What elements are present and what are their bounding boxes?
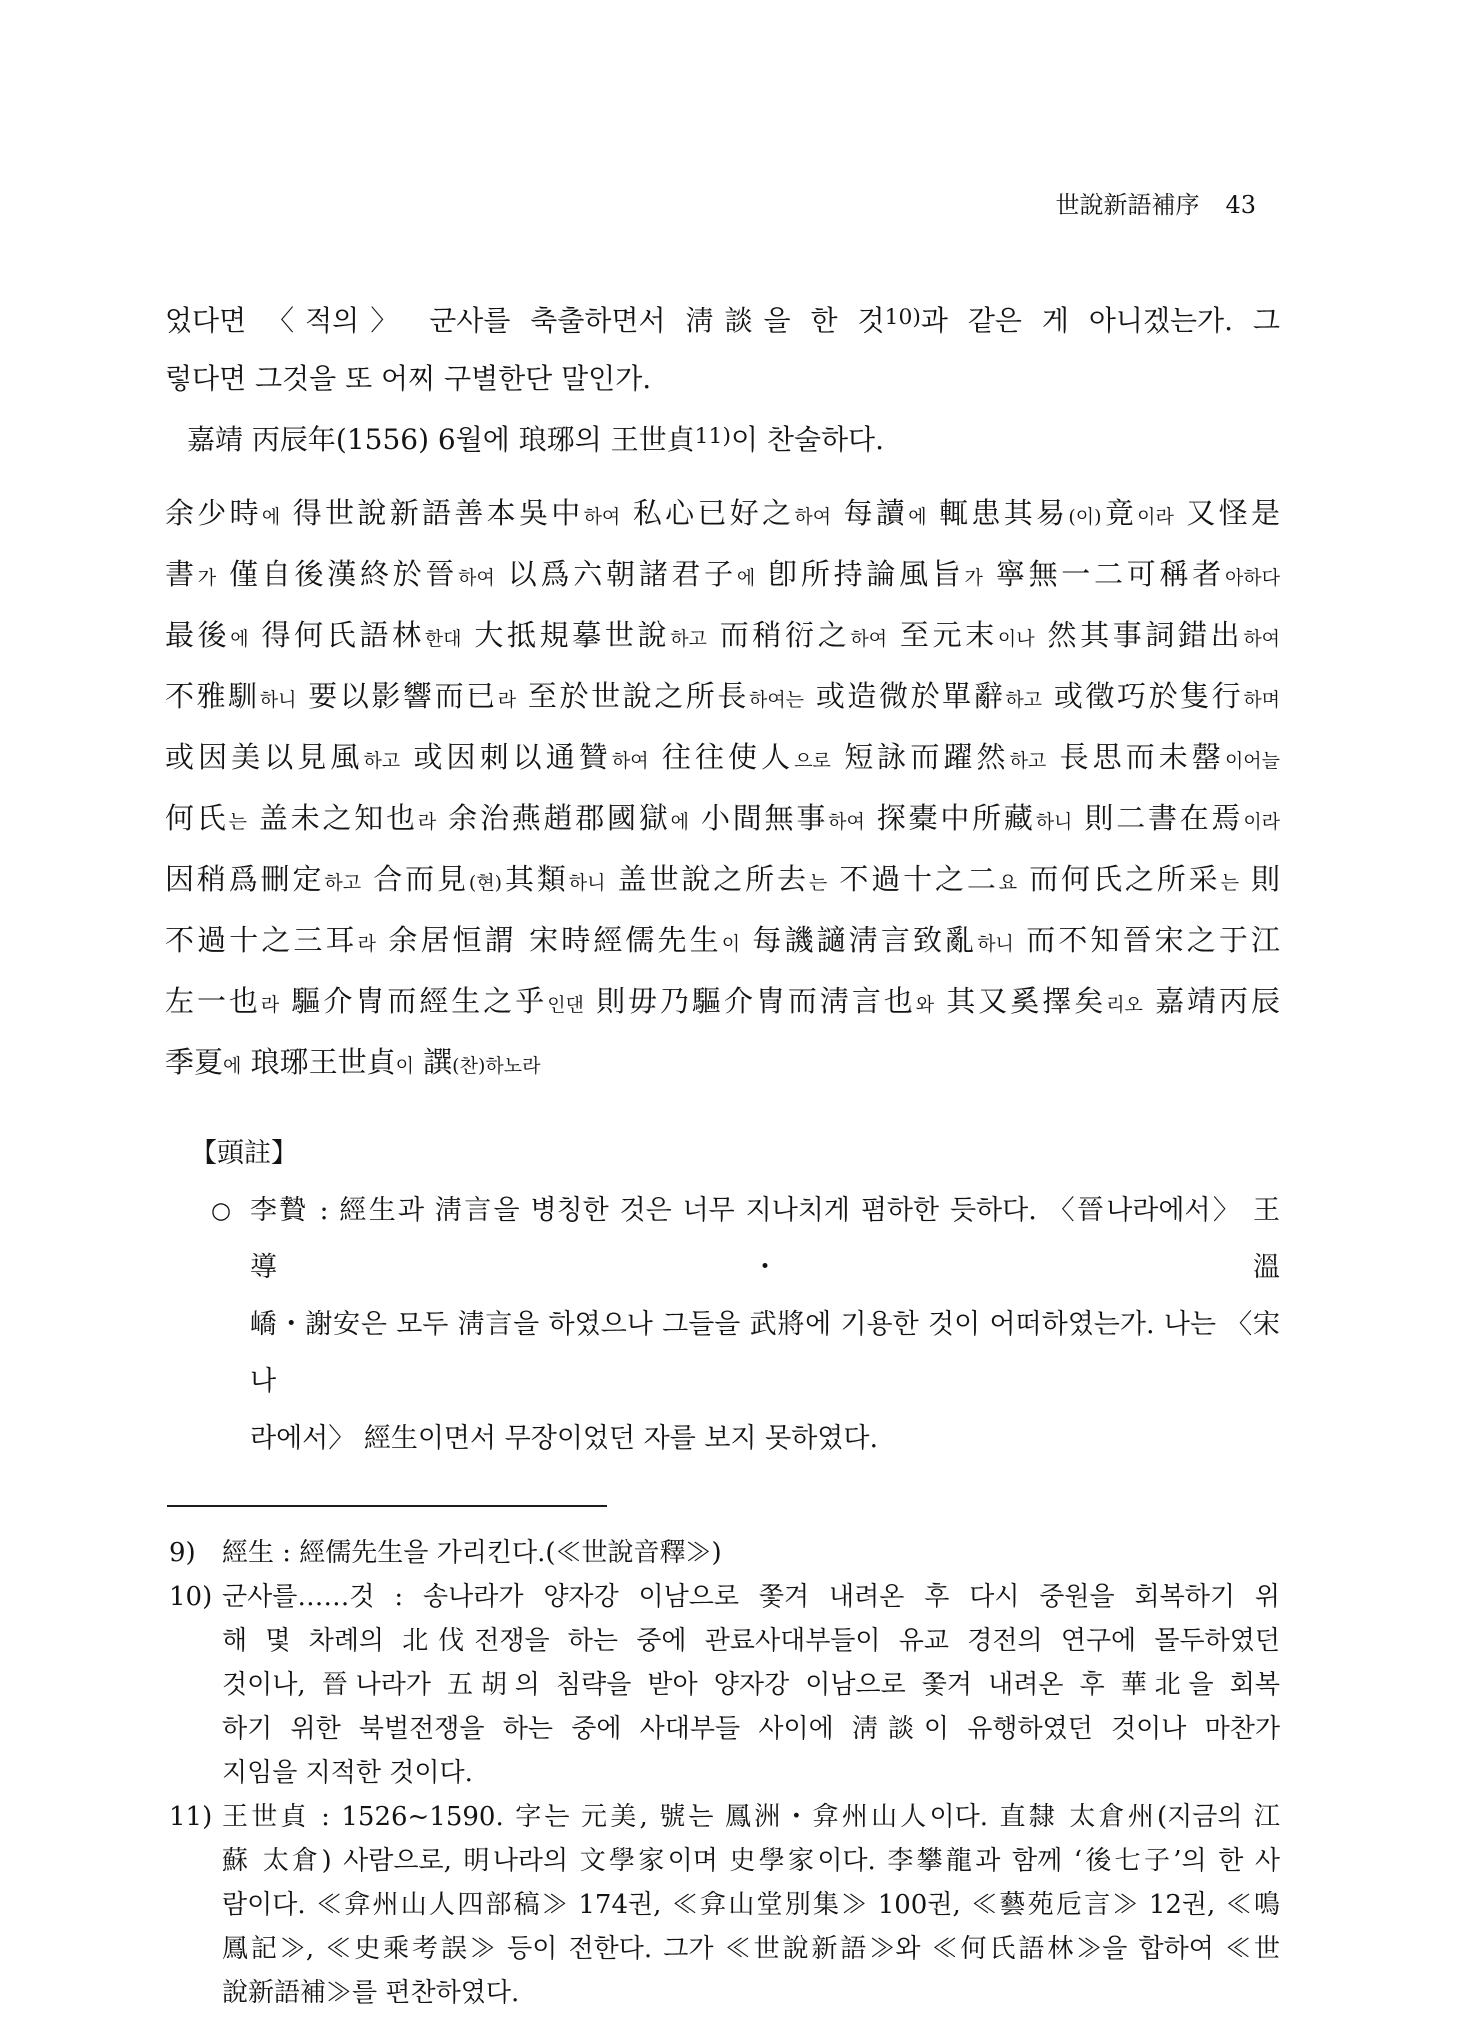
text-run: 盖未之知也 xyxy=(247,801,418,835)
text-line: 最後에 得何氏語林한대 大抵規摹世說하고 而稍衍之하여 至元末이나 然其事詞錯出… xyxy=(165,607,1280,668)
text-run: 又怪是 xyxy=(1174,496,1280,530)
text-run: 探橐中所藏 xyxy=(865,801,1036,835)
text-run: 因稍爲刪定 xyxy=(165,862,324,896)
headnote-body: 李贄 : 經生과 淸言을 병칭한 것은 너무 지나치게 폄하한 듯하다. 〈晉나… xyxy=(250,1182,1280,1467)
reading-particle: 아하다 xyxy=(1225,567,1280,589)
footnote-separator-rule xyxy=(167,1505,607,1507)
text-run: 李贄 : 經生과 淸言을 병칭한 것은 너무 지나치게 폄하한 듯하다. 〈晉나… xyxy=(250,1195,1280,1283)
reading-particle: 하여는 xyxy=(749,689,804,711)
text-run: 盖世說之所去 xyxy=(605,862,808,896)
text-run: 以爲六朝諸君子 xyxy=(495,557,737,591)
text-line: 季夏에 琅琊王世貞이 譔(찬)하노라 xyxy=(165,1034,1280,1095)
footnote-line: 군사를……것 : 송나라가 양자강 이남으로 쫓겨 내려온 후 다시 중원을 회… xyxy=(222,1575,1280,1619)
text-run: 得世說新語善本吳中 xyxy=(280,496,583,530)
text-run: 然其事詞錯出 xyxy=(1035,618,1244,652)
footnote-number: 9) xyxy=(169,1531,196,1575)
text-run: 每譏讁淸言致亂 xyxy=(740,923,977,957)
reading-particle: 이어늘 xyxy=(1225,750,1280,772)
text-run: 余少時 xyxy=(165,496,262,530)
footnote-ref: 10) xyxy=(885,305,921,330)
footnote-line: 王世貞 : 1526~1590. 字는 元美, 號는 鳳洲・弇州山人이다. 直隸… xyxy=(222,1795,1280,1839)
footnote-ref: 11) xyxy=(695,424,731,449)
text-run: 則二書在焉 xyxy=(1072,801,1243,835)
text-line: 或因美以見風하고 或因刺以通贊하여 往往使人으로 短詠而躍然하고 長思而未罄이어… xyxy=(165,729,1280,790)
reading-particle: 하고 xyxy=(1010,750,1047,772)
footnote-line: 지임을 지적한 것이다. xyxy=(222,1751,1280,1795)
text-run: 而不知晉宋之于江 xyxy=(1014,923,1280,957)
text-run: 嘉靖丙辰 xyxy=(1143,984,1280,1018)
text-run: 私心已好之 xyxy=(620,496,794,530)
footnote-line: 鳳記≫, ≪史乘考誤≫ 등이 전한다. 그가 ≪世說新語≫와 ≪何氏語林≫을 합… xyxy=(222,1927,1280,1971)
text-run: 小間無事 xyxy=(689,801,828,835)
page-number: 43 xyxy=(1225,191,1256,219)
headnote-title: 【頭註】 xyxy=(190,1125,1280,1182)
reading-particle: 하여 xyxy=(850,628,887,650)
reading-particle: 하며 xyxy=(1243,689,1280,711)
text-run: 驅介冑而經生之乎 xyxy=(279,984,547,1018)
reading-particle: 에 xyxy=(230,628,248,650)
reading-particle: 라 xyxy=(358,933,376,955)
text-run: 或因刺以通贊 xyxy=(400,740,612,774)
text-run: 竟 xyxy=(1102,496,1138,530)
headnote-section: 【頭註】 ○ 李贄 : 經生과 淸言을 병칭한 것은 너무 지나치게 폄하한 듯… xyxy=(165,1125,1280,1467)
footnote-line: 람이다. ≪弇州山人四部稿≫ 174권, ≪弇山堂別集≫ 100권, ≪藝苑卮言… xyxy=(222,1883,1280,1927)
reading-particle: 는 xyxy=(1221,872,1239,894)
footnote-line: 蘇 太倉) 사람으로, 明나라의 文學家이며 史學家이다. 李攀龍과 함께 ‘後… xyxy=(222,1839,1280,1883)
text-run: 嶠・謝安은 모두 淸言을 하였으나 그들을 武將에 기용한 것이 어떠하였는가.… xyxy=(250,1309,1280,1397)
text-line: 書가 僅自後漢終於晉하여 以爲六朝諸君子에 卽所持論風旨가 寧無一二可稱者아하다 xyxy=(165,546,1280,607)
footnote-number: 11) xyxy=(169,1795,212,1839)
text-run: 最後 xyxy=(165,618,230,652)
reading-particle: 하여 xyxy=(458,567,495,589)
text-run: 琅琊王世貞 xyxy=(241,1045,395,1079)
text-run: 書 xyxy=(165,557,198,591)
reading-particle: 에 xyxy=(223,1055,241,1077)
reading-particle: 하여 xyxy=(828,811,865,833)
reading-particle: 하고 xyxy=(670,628,707,650)
text-run: 라에서〉 經生이면서 무장이었던 자를 보지 못하였다. xyxy=(250,1423,878,1454)
text-line: 不過十之三耳라 余居恒謂 宋時經儒先生이 每譏讁淸言致亂하니 而不知晉宋之于江 xyxy=(165,912,1280,973)
reading-particle: 하고 xyxy=(324,872,361,894)
text-line: 不雅馴하니 要以影響而已라 至於世說之所長하여는 或造微於單辭하고 或徵巧於隻行… xyxy=(165,668,1280,729)
text-run: 每讀 xyxy=(831,496,908,530)
reading-particle: 라 xyxy=(261,994,279,1016)
reading-particle: 하니 xyxy=(260,689,297,711)
text-run: 余居恒謂 宋時經儒先生 xyxy=(376,923,722,957)
reading-particle: 하여 xyxy=(794,506,831,528)
text-run: 或因美以見風 xyxy=(165,740,363,774)
footnote-line: 經生 : 經儒先生을 가리킨다.(≪世說音釋≫) xyxy=(222,1531,1280,1575)
footnote-line: 해 몇 차례의 北伐전쟁을 하는 중에 관료사대부들이 유교 경전의 연구에 몰… xyxy=(222,1619,1280,1663)
text-run: 要以影響而已 xyxy=(296,679,497,713)
footnote-line: 하기 위한 북벌전쟁을 하는 중에 사대부들 사이에 淸談이 유행하였던 것이나… xyxy=(222,1707,1280,1751)
footnote-item: 10)군사를……것 : 송나라가 양자강 이남으로 쫓겨 내려온 후 다시 중원… xyxy=(165,1575,1280,1795)
text-line: 렇다면 그것을 또 어찌 구별한단 말인가. xyxy=(165,350,1280,408)
text-run: 不過十之三耳 xyxy=(165,923,358,957)
footnote-item: 11)王世貞 : 1526~1590. 字는 元美, 號는 鳳洲・弇州山人이다.… xyxy=(165,1795,1280,2015)
reading-particle: (찬) xyxy=(452,1055,485,1077)
text-run: 僅自後漢終於晉 xyxy=(216,557,458,591)
text-run: 이 찬술하다. xyxy=(731,423,884,456)
text-run: 而何氏之所采 xyxy=(1017,862,1220,896)
reading-particle: (이) xyxy=(1068,506,1101,528)
text-run: 其又奚擇矣 xyxy=(934,984,1106,1018)
text-run: 或徵巧於隻行 xyxy=(1042,679,1243,713)
text-run: 至元末 xyxy=(887,618,998,652)
footnote-item: 9)經生 : 經儒先生을 가리킨다.(≪世說音釋≫) xyxy=(165,1531,1280,1575)
running-header: 世說新語補序43 xyxy=(165,192,1280,219)
text-run: 短詠而躍然 xyxy=(831,740,1010,774)
headnote-bullet: ○ xyxy=(211,1183,231,1240)
text-run: 何氏 xyxy=(165,801,229,835)
text-line: 라에서〉 經生이면서 무장이었던 자를 보지 못하였다. xyxy=(250,1410,1280,1467)
book-page: 世說新語補序43 었다면 〈적의〉 군사를 축출하면서 淸談을 한 것10)과 … xyxy=(0,0,1480,2024)
text-line: 何氏는 盖未之知也라 余治燕趙郡國獄에 小間無事하여 探橐中所藏하니 則二書在焉… xyxy=(165,790,1280,851)
reading-particle: 가 xyxy=(965,567,983,589)
text-run: 不雅馴 xyxy=(165,679,260,713)
text-line: 었다면 〈적의〉 군사를 축출하면서 淸談을 한 것10)과 같은 게 아니겠는… xyxy=(165,289,1280,350)
reading-particle: 이라 xyxy=(1243,811,1280,833)
text-run: 嘉靖 丙辰年(1556) 6월에 琅琊의 王世貞 xyxy=(187,423,695,456)
text-line: 余少時에 得世說新語善本吳中하여 私心已好之하여 每讀에 輒患其易(이)竟이라 … xyxy=(165,485,1280,546)
text-run: 或造微於單辭 xyxy=(804,679,1005,713)
headnote-item: ○ 李贄 : 經生과 淸言을 병칭한 것은 너무 지나치게 폄하한 듯하다. 〈… xyxy=(165,1182,1280,1467)
reading-particle: 하고 xyxy=(1005,689,1042,711)
text-run: 과 같은 게 아니겠는가. 그 xyxy=(921,304,1280,337)
reading-particle: 하여 xyxy=(612,750,649,772)
reading-particle: 으로 xyxy=(794,750,831,772)
text-run: 其類 xyxy=(502,862,569,896)
text-line: 嘉靖 丙辰年(1556) 6월에 琅琊의 王世貞11)이 찬술하다. xyxy=(165,408,1280,469)
text-line: 李贄 : 經生과 淸言을 병칭한 것은 너무 지나치게 폄하한 듯하다. 〈晉나… xyxy=(250,1182,1280,1296)
reading-particle: 는 xyxy=(229,811,247,833)
running-header-title: 世說新語補序 xyxy=(1055,191,1199,219)
reading-particle: 가 xyxy=(198,567,216,589)
text-line: 左一也라 驅介冑而經生之乎인댄 則毋乃驅介冑而淸言也와 其又奚擇矣리오 嘉靖丙辰 xyxy=(165,973,1280,1034)
text-run: 往往使人 xyxy=(649,740,795,774)
text-line: 嶠・謝安은 모두 淸言을 하였으나 그들을 武將에 기용한 것이 어떠하였는가.… xyxy=(250,1296,1280,1410)
reading-particle: 리오 xyxy=(1106,994,1143,1016)
footnote-line: 것이나, 晉나라가 五胡의 침략을 받아 양자강 이남으로 쫓겨 내려온 후 華… xyxy=(222,1663,1280,1707)
footnote-line: 說新語補≫를 편찬하였다. xyxy=(222,1971,1280,2015)
reading-particle: 요 xyxy=(999,872,1017,894)
reading-particle: 하여 xyxy=(584,506,621,528)
reading-particle: 하여 xyxy=(1243,628,1280,650)
reading-particle: 에 xyxy=(737,567,755,589)
reading-particle: 는 xyxy=(809,872,827,894)
reading-particle: 에 xyxy=(262,506,280,528)
reading-particle: (현) xyxy=(469,872,502,894)
text-run: 大抵規摹世說 xyxy=(461,618,670,652)
text-run: 則毋乃驅介冑而淸言也 xyxy=(584,984,916,1018)
text-run: 合而見 xyxy=(361,862,469,896)
text-run: 季夏 xyxy=(165,1045,223,1079)
reading-particle: 에 xyxy=(671,811,689,833)
text-run: 得何氏語林 xyxy=(249,618,425,652)
text-run: 至於世說之所長 xyxy=(516,679,749,713)
text-run: 則 xyxy=(1239,862,1280,896)
text-run: 었다면 〈적의〉 군사를 축출하면서 淸談을 한 것 xyxy=(165,304,885,337)
reading-particle: 라 xyxy=(418,811,436,833)
reading-particle: 이 xyxy=(396,1055,414,1077)
intro-paragraph: 었다면 〈적의〉 군사를 축출하면서 淸談을 한 것10)과 같은 게 아니겠는… xyxy=(165,289,1280,469)
reading-particle: 하니 xyxy=(569,872,606,894)
footnote-number: 10) xyxy=(169,1575,212,1619)
text-run: 而稍衍之 xyxy=(707,618,850,652)
reading-particle: 이나 xyxy=(998,628,1035,650)
hanmun-text-block: 余少時에 得世說新語善本吳中하여 私心已好之하여 每讀에 輒患其易(이)竟이라 … xyxy=(165,485,1280,1095)
footnotes-section: 9)經生 : 經儒先生을 가리킨다.(≪世說音釋≫)10)군사를……것 : 송나… xyxy=(165,1531,1280,2015)
text-run: 卽所持論風旨 xyxy=(755,557,964,591)
reading-particle: 이 xyxy=(722,933,740,955)
reading-particle: 라 xyxy=(498,689,516,711)
reading-particle: 하니 xyxy=(977,933,1014,955)
text-run: 左一也 xyxy=(165,984,261,1018)
reading-particle: 와 xyxy=(916,994,934,1016)
text-run: 譔 xyxy=(414,1045,452,1079)
reading-particle: 한대 xyxy=(425,628,462,650)
text-line: 因稍爲刪定하고 合而見(현)其類하니 盖世說之所去는 不過十之二요 而何氏之所采… xyxy=(165,851,1280,912)
reading-particle: 인댄 xyxy=(547,994,584,1016)
reading-particle: 하니 xyxy=(1036,811,1073,833)
reading-particle: 이라 xyxy=(1137,506,1174,528)
text-run: 余治燕趙郡國獄 xyxy=(436,801,670,835)
text-run: 輒患其易 xyxy=(927,496,1069,530)
text-run: 寧無一二可稱者 xyxy=(983,557,1225,591)
text-run: 렇다면 그것을 또 어찌 구별한단 말인가. xyxy=(165,362,651,395)
reading-particle: 하노라 xyxy=(485,1055,540,1077)
reading-particle: 하고 xyxy=(363,750,400,772)
text-run: 長思而未罄 xyxy=(1046,740,1225,774)
reading-particle: 에 xyxy=(908,506,926,528)
text-run: 不過十之二 xyxy=(827,862,999,896)
